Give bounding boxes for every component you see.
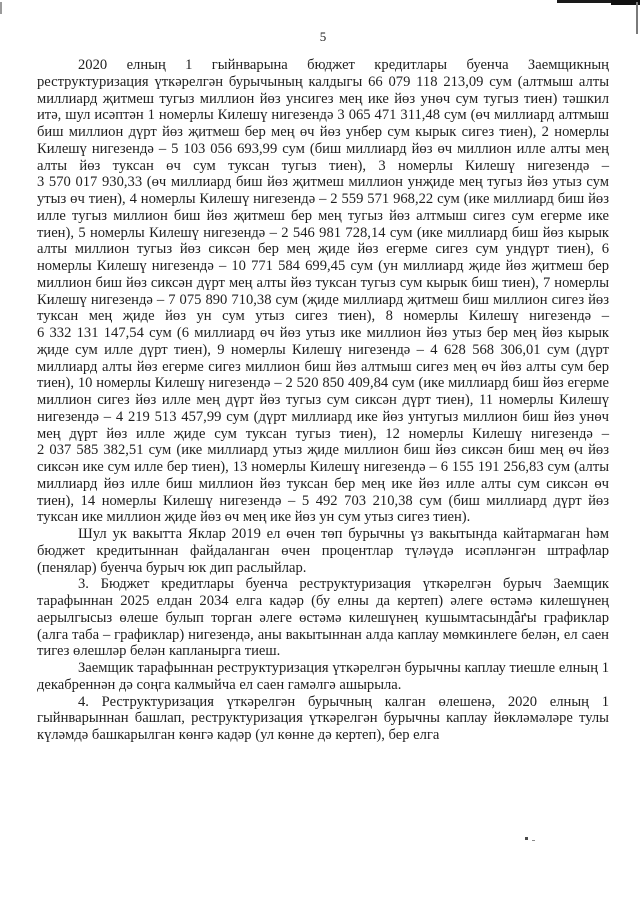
page-number: 5: [37, 29, 609, 44]
paragraph-debt-balance: 2020 елның 1 гыйнварына бюджет кредитлар…: [37, 57, 609, 526]
paragraph-clause-3-repayment-schedule: 3. Бюджет кредитлары буенча реструктуриз…: [37, 576, 609, 660]
paragraph-repayment-deadline: Заемщик тарафыннан реструктуризация үткә…: [37, 660, 609, 694]
paragraph-no-penalties-statement: Шул ук вакытта Яклар 2019 ел өчен төп бу…: [37, 526, 609, 576]
scan-speck: [532, 840, 535, 841]
paragraph-clause-4-interest: 4. Реструктуризация үткәрелгән бурычның …: [37, 694, 609, 744]
scan-artifact-left-edge-tick: [0, 2, 2, 14]
document-page: 5 2020 елның 1 гыйнварына бюджет кредитл…: [0, 0, 640, 905]
scan-artifact-right-edge-line: [636, 2, 638, 34]
scan-speck: [525, 837, 528, 840]
document-body: 2020 елның 1 гыйнварына бюджет кредитлар…: [37, 57, 609, 744]
